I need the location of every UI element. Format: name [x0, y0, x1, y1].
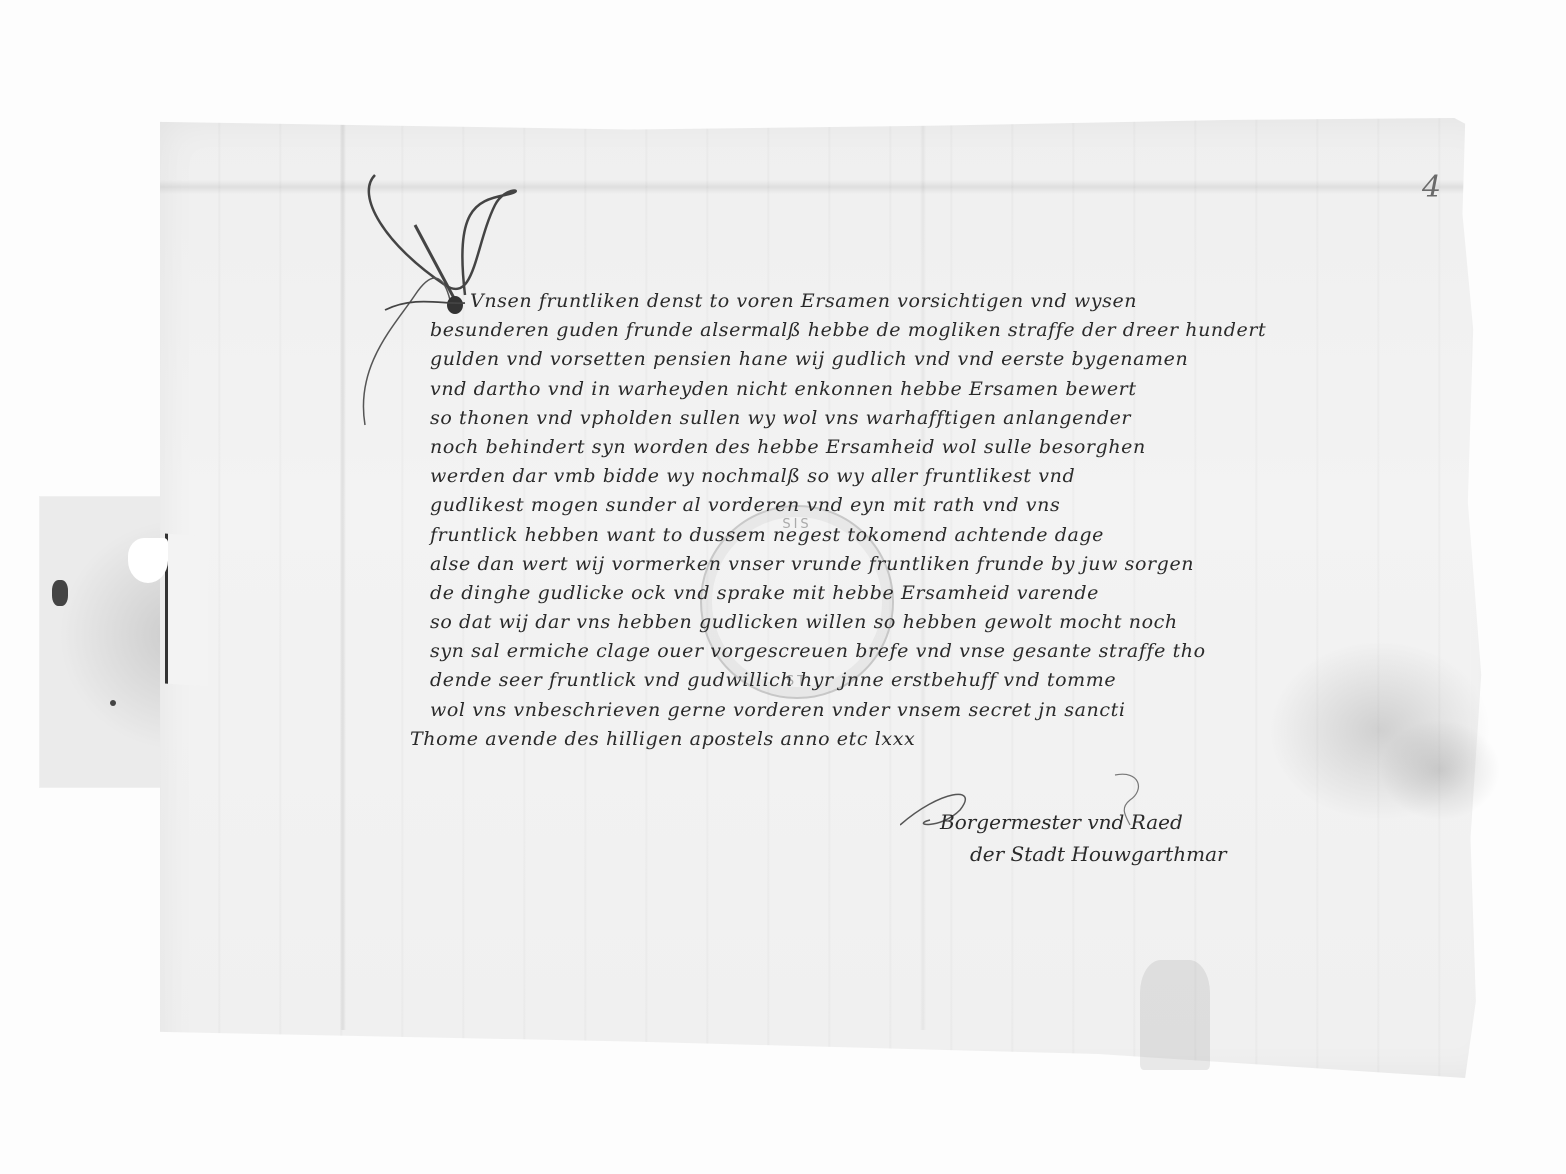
text-line: syn sal ermiche clage ouer vorgescreuen …: [430, 640, 1520, 669]
signature-line-1: Borgermester vnd Raed: [940, 810, 1197, 834]
letter-body: Vnsen fruntliken denst to voren Ersamen …: [430, 290, 1520, 757]
text-line: so thonen vnd vpholden sullen wy wol vns…: [430, 407, 1520, 436]
text-line: wol vns vnbeschrieven gerne vorderen vnd…: [430, 699, 1520, 728]
text-line: gudlikest mogen sunder al vorderen vnd e…: [430, 494, 1520, 523]
seal-tag: [165, 533, 208, 686]
water-stain: [1140, 960, 1210, 1070]
text-line: fruntlick hebben want to dussem negest t…: [430, 524, 1520, 553]
text-line: werden dar vmb bidde wy nochmalß so wy a…: [430, 465, 1520, 494]
ink-blot: [110, 700, 116, 706]
text-line: vnd dartho vnd in warheyden nicht enkonn…: [430, 378, 1520, 407]
fold-crease-vertical: [340, 118, 346, 1030]
text-line: noch behindert syn worden des hebbe Ersa…: [430, 436, 1520, 465]
scanned-page: 4 SIS ST Vnsen fruntliken denst to voren…: [0, 0, 1566, 1174]
text-line: gulden vnd vorsetten pensien hane wij gu…: [430, 348, 1520, 377]
text-line: alse dan wert wij vormerken vnser vrunde…: [430, 553, 1520, 582]
folio-number: 4: [1422, 170, 1441, 205]
signature-block: Borgermester vnd Raed der Stadt Houwgart…: [900, 810, 1157, 858]
ink-blot: [52, 580, 68, 606]
text-line: so dat wij dar vns hebben gudlicken will…: [430, 611, 1520, 640]
text-line: besunderen guden frunde alsermalß hebbe …: [430, 319, 1520, 348]
text-line: Thome avende des hilligen apostels anno …: [410, 728, 1500, 757]
text-line: Vnsen fruntliken denst to voren Ersamen …: [470, 290, 1560, 319]
text-line: dende seer fruntlick vnd gudwillich hyr …: [430, 669, 1520, 698]
signature-line-2: der Stadt Houwgarthmar: [970, 842, 1227, 866]
text-line: de dinghe gudlicke ock vnd sprake mit he…: [430, 582, 1520, 611]
seal-tear: [128, 538, 168, 583]
